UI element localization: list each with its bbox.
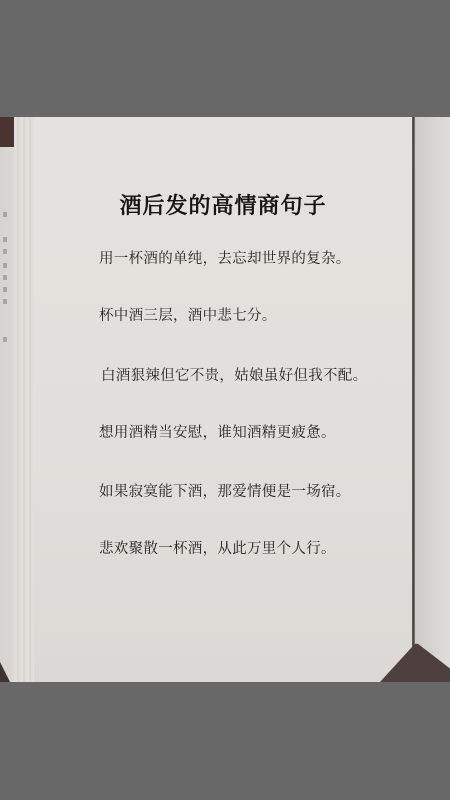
sentence-1: 用一杯酒的单纯，去忘却世界的复杂。 [99, 247, 351, 268]
page-edges [14, 117, 34, 682]
sentence-5: 如果寂寞能下酒，那爱情便是一场宿。 [99, 480, 351, 501]
sentence-6: 悲欢聚散一杯酒，从此万里个人行。 [99, 537, 336, 558]
book-photo: 酒后发的高情商句子 用一杯酒的单纯，去忘却世界的复杂。 杯中酒三层，酒中悲七分。… [0, 117, 450, 682]
table-corner [0, 117, 14, 147]
adjacent-left-page [0, 147, 14, 682]
page-title: 酒后发的高情商句子 [34, 189, 412, 220]
sentence-3: 白酒狠辣但它不贵，姑娘虽好但我不配。 [101, 364, 367, 385]
sentence-2: 杯中酒三层，酒中悲七分。 [99, 304, 277, 325]
adjacent-right-page [415, 117, 450, 682]
sentence-4: 想用酒精当安慰，谁知酒精更疲惫。 [99, 421, 336, 442]
